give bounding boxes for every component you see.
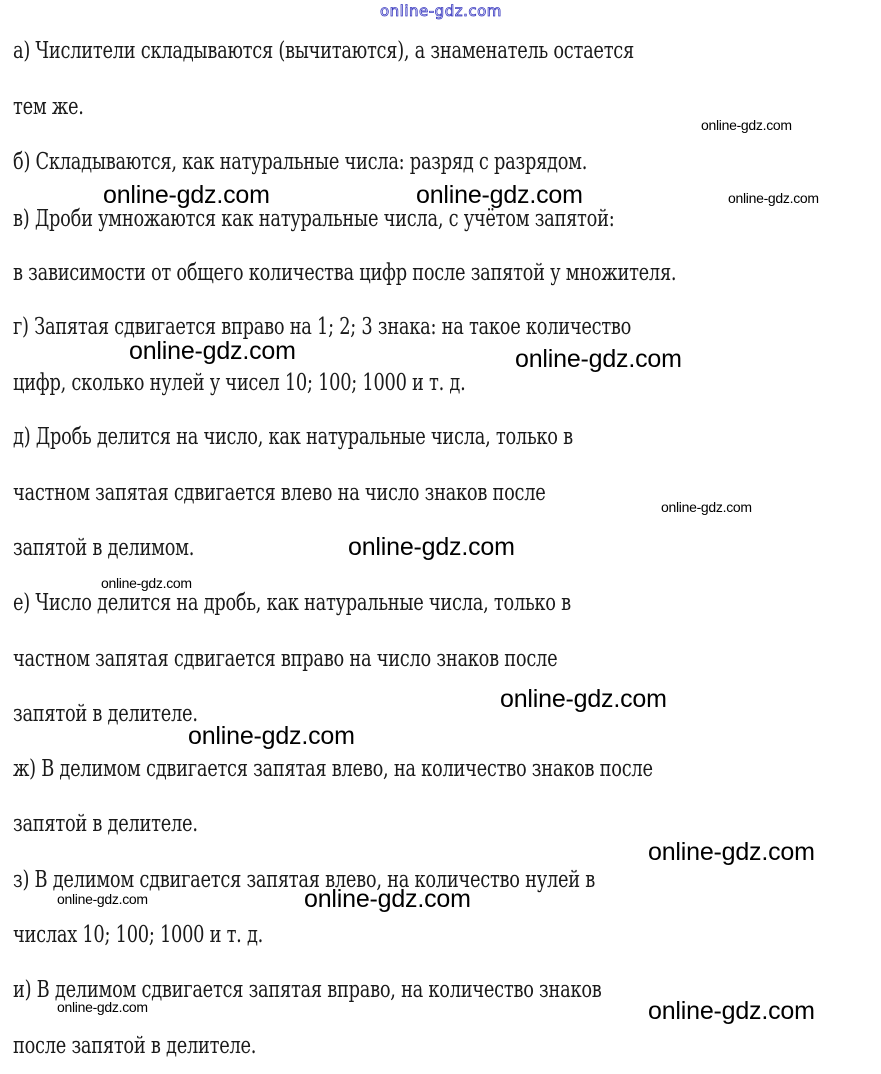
watermark: online-gdz.com (648, 838, 815, 867)
answer-zh-line-1: ж) В делимом сдвигается запятая влево, н… (13, 755, 653, 783)
answer-d-line-3: запятой в делимом. (13, 534, 194, 562)
watermark: online-gdz.com (701, 117, 792, 133)
watermark: online-gdz.com (661, 499, 752, 515)
watermark: online-gdz.com (500, 685, 667, 714)
watermark: online-gdz.com (648, 997, 815, 1026)
answer-a-line-2: тем же. (13, 93, 84, 121)
watermark: online-gdz.com (728, 190, 819, 206)
answer-zh-line-2: запятой в делителе. (13, 810, 198, 838)
watermark: online-gdz.com (348, 533, 515, 562)
watermark: online-gdz.com (101, 575, 192, 591)
watermark: online-gdz.com (188, 722, 355, 751)
answer-v-line-2: в зависимости от общего количества цифр … (13, 259, 676, 287)
answer-d-line-1: д) Дробь делится на число, как натуральн… (13, 423, 573, 451)
watermark: online-gdz.com (57, 891, 148, 907)
watermark: online-gdz.com (57, 999, 148, 1015)
answer-e-line-3: запятой в делителе. (13, 700, 198, 728)
answer-g-line-2: цифр, сколько нулей у чисел 10; 100; 100… (13, 369, 465, 397)
answer-z-line-2: числах 10; 100; 1000 и т. д. (13, 921, 263, 949)
answer-i-line-2: после запятой в делителе. (13, 1032, 256, 1060)
answer-g-line-1: г) Запятая сдвигается вправо на 1; 2; 3 … (13, 313, 631, 341)
watermark: online-gdz.com (129, 337, 296, 366)
header-watermark: online-gdz.com (380, 2, 502, 20)
watermark: online-gdz.com (103, 181, 270, 210)
answer-e-line-2: частном запятая сдвигается вправо на чис… (13, 645, 557, 673)
watermark: online-gdz.com (416, 181, 583, 210)
watermark: online-gdz.com (304, 885, 471, 914)
answer-a-line-1: а) Числители складываются (вычитаются), … (13, 37, 634, 65)
answer-d-line-2: частном запятая сдвигается влево на числ… (13, 479, 546, 507)
answer-e-line-1: е) Число делится на дробь, как натуральн… (13, 589, 571, 617)
watermark: online-gdz.com (515, 345, 682, 374)
answer-b-line-1: б) Складываются, как натуральные числа: … (13, 148, 587, 176)
